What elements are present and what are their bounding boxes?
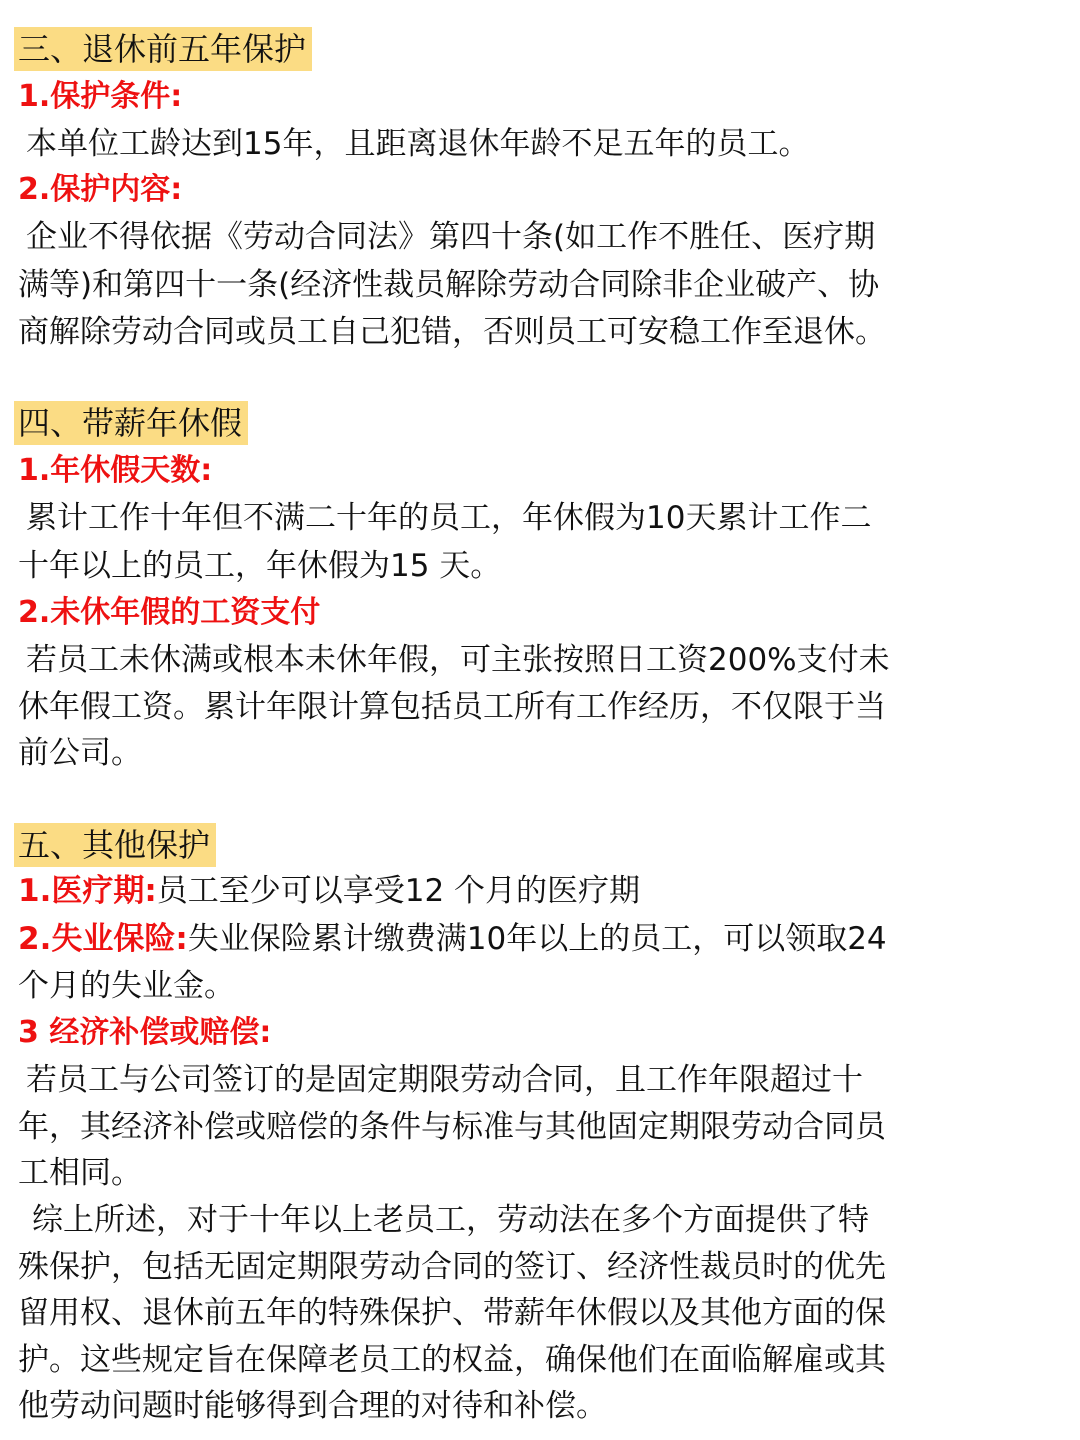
subheading-protection-conditions: 1.保护条件:	[18, 74, 182, 120]
section-heading-paid-annual-leave: 四、带薪年休假	[14, 401, 248, 445]
section-heading-retirement-protection: 三、退休前五年保护	[14, 27, 312, 71]
summary-line: 护。这些规定旨在保障老员工的权益，确保他们在面临解雇或其	[18, 1337, 886, 1383]
unemployment-insurance-text: 失业保险累计缴费满10年以上的员工，可以领取24	[188, 921, 887, 957]
paragraph-line: 商解除劳动合同或员工自己犯错，否则员工可安稳工作至退休。	[18, 309, 886, 355]
subheading-protection-content: 2.保护内容:	[18, 167, 182, 213]
paragraph-line: 企业不得依据《劳动合同法》第四十条(如工作不胜任、医疗期	[26, 214, 875, 260]
paragraph-line: 工相同。	[18, 1150, 142, 1196]
unemployment-insurance-line: 2.失业保险:失业保险累计缴费满10年以上的员工，可以领取24	[18, 916, 887, 962]
subheading-compensation: 3 经济补偿或赔偿:	[18, 1010, 271, 1056]
paragraph-line: 累计工作十年但不满二十年的员工，年休假为10天累计工作二	[26, 495, 871, 541]
subheading-medical-period: 1.医疗期:	[18, 873, 157, 909]
paragraph-line: 本单位工龄达到15年，且距离退休年龄不足五年的员工。	[26, 121, 809, 167]
paragraph-line: 若员工与公司签订的是固定期限劳动合同，且工作年限超过十	[26, 1057, 863, 1103]
paragraph-line: 个月的失业金。	[18, 963, 235, 1009]
section-heading-other-protections: 五、其他保护	[14, 823, 216, 867]
medical-period-line: 1.医疗期:员工至少可以享受12 个月的医疗期	[18, 868, 640, 914]
summary-line: 综上所述，对于十年以上老员工，劳动法在多个方面提供了特	[32, 1197, 869, 1243]
paragraph-line: 年，其经济补偿或赔偿的条件与标准与其他固定期限劳动合同员	[18, 1104, 886, 1150]
paragraph-line: 满等)和第四十一条(经济性裁员解除劳动合同除非企业破产、协	[18, 262, 879, 308]
subheading-unemployment-insurance: 2.失业保险:	[18, 921, 188, 957]
summary-line: 他劳动问题时能够得到合理的对待和补偿。	[18, 1383, 607, 1429]
document-page: 三、退休前五年保护 1.保护条件: 本单位工龄达到15年，且距离退休年龄不足五年…	[0, 0, 1080, 1440]
summary-line: 殊保护，包括无固定期限劳动合同的签订、经济性裁员时的优先	[18, 1244, 886, 1290]
summary-line: 留用权、退休前五年的特殊保护、带薪年休假以及其他方面的保	[18, 1290, 886, 1336]
medical-period-text: 员工至少可以享受12 个月的医疗期	[157, 873, 640, 909]
paragraph-line: 若员工未休满或根本未休年假，可主张按照日工资200%支付未	[26, 637, 890, 683]
paragraph-line: 休年假工资。累计年限计算包括员工所有工作经历，不仅限于当	[18, 684, 886, 730]
subheading-annual-leave-days: 1.年休假天数:	[18, 448, 212, 494]
paragraph-line: 前公司。	[18, 730, 142, 776]
paragraph-line: 十年以上的员工，年休假为15 天。	[18, 543, 501, 589]
subheading-unused-leave-pay: 2.未休年假的工资支付	[18, 590, 320, 636]
